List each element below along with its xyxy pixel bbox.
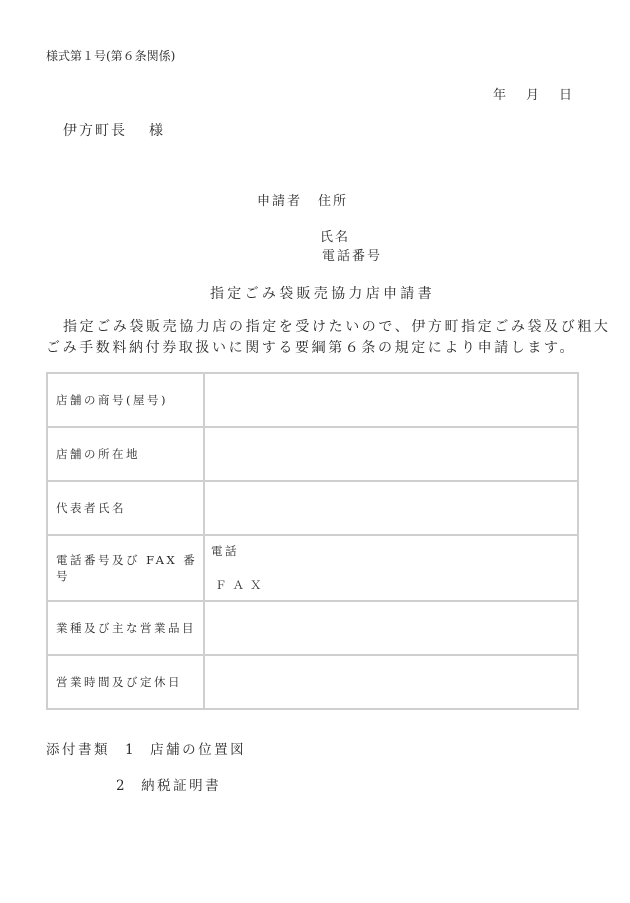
row-label: 業種及び主な営業品目 bbox=[47, 601, 204, 655]
attachment-name: 店舗の位置図 bbox=[150, 742, 246, 758]
business-type-field[interactable] bbox=[204, 601, 578, 655]
body-line-2: ごみ手数料納付券取扱いに関する要綱第６条の規定により申請します。 bbox=[46, 338, 586, 359]
attachment-item: 1店舗の位置図 bbox=[125, 738, 246, 758]
shop-name-field[interactable] bbox=[204, 373, 578, 427]
shop-address-field[interactable] bbox=[204, 427, 578, 481]
year-label: 年 bbox=[493, 84, 506, 103]
row-label: 営業時間及び定休日 bbox=[47, 655, 204, 709]
addressee: 伊方町長様 bbox=[63, 120, 165, 140]
phone-fax-cell: 電話 ＦＡＸ bbox=[211, 541, 577, 595]
representative-name-field[interactable] bbox=[204, 481, 578, 535]
table-row: 業種及び主な営業品目 bbox=[47, 601, 578, 655]
table-row: 代表者氏名 bbox=[47, 481, 578, 535]
applicant-address-label: 住所 bbox=[318, 190, 348, 209]
attachment-number: 1 bbox=[125, 742, 136, 758]
phone-sublabel: 電話 bbox=[211, 543, 577, 559]
table-row: 店舗の商号(屋号) bbox=[47, 373, 578, 427]
row-label: 代表者氏名 bbox=[47, 481, 204, 535]
attachment-name: 納税証明書 bbox=[141, 778, 221, 794]
table-row: 営業時間及び定休日 bbox=[47, 655, 578, 709]
addressee-name: 伊方町長 bbox=[63, 123, 127, 139]
applicant-name-label: 氏名 bbox=[320, 226, 350, 245]
body-line-1: 指定ごみ袋販売協力店の指定を受けたいので、伊方町指定ごみ袋及び粗大 bbox=[46, 317, 586, 338]
phone-fax-field[interactable]: 電話 ＦＡＸ bbox=[204, 535, 578, 601]
table-row: 電話番号及び FAX 番号 電話 ＦＡＸ bbox=[47, 535, 578, 601]
application-table: 店舗の商号(屋号) 店舗の所在地 代表者氏名 電話番号及び FAX 番号 電話 … bbox=[46, 372, 579, 710]
attachments-label: 添付書類 bbox=[46, 738, 110, 758]
table-row: 店舗の所在地 bbox=[47, 427, 578, 481]
addressee-honorific: 様 bbox=[149, 123, 165, 139]
fax-sublabel: ＦＡＸ bbox=[211, 577, 577, 593]
document-title: 指定ごみ袋販売協力店申請書 bbox=[210, 283, 435, 303]
day-label: 日 bbox=[559, 84, 572, 103]
attachment-number: 2 bbox=[116, 778, 127, 794]
row-label: 電話番号及び FAX 番号 bbox=[47, 535, 204, 601]
row-label: 店舗の所在地 bbox=[47, 427, 204, 481]
business-hours-field[interactable] bbox=[204, 655, 578, 709]
attachment-item: 2納税証明書 bbox=[116, 774, 221, 794]
month-label: 月 bbox=[526, 84, 539, 103]
applicant-label: 申請者 bbox=[257, 190, 302, 209]
row-label: 店舗の商号(屋号) bbox=[47, 373, 204, 427]
date-line: 年 月 日 bbox=[493, 84, 572, 103]
applicant-phone-label: 電話番号 bbox=[322, 245, 382, 264]
body-text: 指定ごみ袋販売協力店の指定を受けたいので、伊方町指定ごみ袋及び粗大 ごみ手数料納… bbox=[46, 317, 586, 359]
form-number: 様式第１号(第６条関係) bbox=[46, 47, 175, 64]
